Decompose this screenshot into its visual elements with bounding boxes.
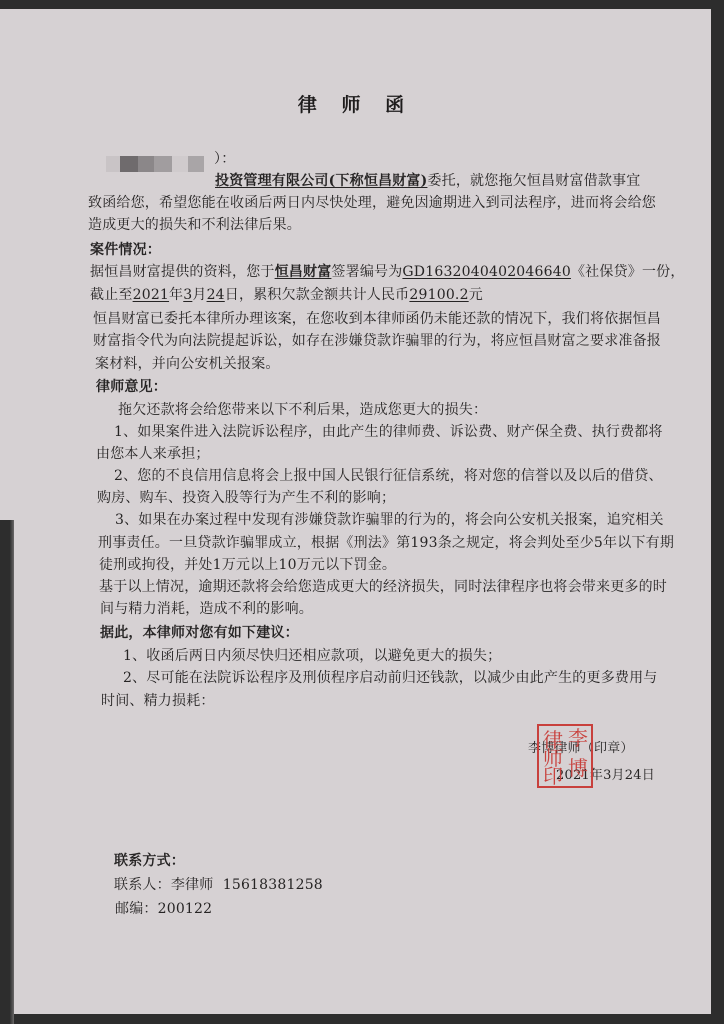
postcode-label: 邮编： (115, 901, 158, 917)
deadline-year: 2021 (133, 287, 169, 303)
opinion-summary-b: 间与精力消耗，造成不利的影响。 (100, 600, 313, 618)
opinion-point-1a: 1、如果案件进入法院诉讼程序，由此产生的律师费、诉讼费、财产保全费、执行费都将 (114, 423, 663, 441)
opinion-point-3b: 刑事责任。一旦贷款诈骗罪成立，根据《刑法》第193条之规定，将会判处至少5年以下… (98, 534, 674, 552)
seal-char: 博 (568, 758, 588, 778)
greeting-suffix: ）： (214, 150, 235, 168)
seal-char: 印 (543, 766, 563, 786)
case-line-1: 据恒昌财富提供的资料，您于恒昌财富签署编号为GD1632040402046640… (90, 263, 685, 281)
advice-item-1: 1、收函后两日内须尽快归还相应款项，以避免更大的损失； (123, 647, 501, 665)
intro-line-2: 致函给您，希望您能在收函后两日内尽快处理，避免因逾期进入到司法程序，进而将会给您 (88, 194, 656, 212)
opinion-intro: 拖欠还款将会给您带来以下不利后果，造成您更大的损失： (118, 401, 487, 419)
lawyer-seal-stamp: 李 博 律 师 印 (537, 724, 593, 788)
redacted-recipient-name (106, 156, 204, 172)
deadline-day: 24 (207, 287, 225, 303)
seal-char: 李 (568, 728, 588, 748)
deadline-month: 3 (183, 287, 192, 303)
contact-person: 联系人：李律师 15618381258 (114, 876, 323, 894)
opinion-heading: 律师意见： (96, 378, 167, 396)
advice-item-2a: 2、尽可能在法院诉讼程序及刑侦程序启动前归还钱款，以减少由此产生的更多费用与 (123, 669, 658, 687)
case-heading: 案件情况： (90, 241, 161, 259)
intro-line-3: 造成更大的损失和不利法律后果。 (88, 216, 301, 234)
opinion-point-3c: 徒刑或拘役，并处1万元以上10万元以下罚金。 (99, 556, 396, 574)
opinion-point-3a: 3、如果在办案过程中发现有涉嫌贷款诈骗罪的行为的，将会向公安机关报案，追究相关 (115, 511, 664, 529)
intro-line-1: 投资管理有限公司(下称恒昌财富)委托，就您拖欠恒昌财富借款事宜 (215, 172, 640, 190)
case-text: 日，累积欠款金额共计人民币 (225, 287, 410, 303)
intro-line-1-text: 委托，就您拖欠恒昌财富借款事宜 (427, 173, 640, 189)
page-edge-shadow (0, 520, 14, 1024)
opinion-summary-a: 基于以上情况，逾期还款将会给您造成更大的经济损失，同时法律程序也将会带来更多的时 (99, 578, 667, 596)
postcode-value: 200122 (158, 901, 213, 917)
page-title: 律 师 函 (0, 90, 711, 117)
contract-number: GD1632040402046640 (402, 264, 571, 280)
opinion-point-2b: 购房、购车、投资入股等行为产生不利的影响； (97, 489, 395, 507)
contact-postcode: 邮编：200122 (115, 900, 212, 918)
client-company: 投资管理有限公司(下称恒昌财富) (215, 173, 427, 189)
case-line-2: 截止至2021年3月24日，累积欠款金额共计人民币29100.2元 (90, 286, 483, 304)
contact-person-label: 联系人： (114, 877, 171, 893)
creditor-name: 恒昌财富 (275, 264, 332, 280)
case-text: 年 (169, 287, 183, 303)
case-text: 《社保贷》一份， (571, 264, 685, 280)
advice-heading: 据此，本律师对您有如下建议： (100, 624, 299, 642)
case-line-4: 财富指令代为向法院提起诉讼，如存在涉嫌贷款诈骗罪的行为，将应恒昌财富之要求准备报 (93, 332, 661, 350)
case-text: 据恒昌财富提供的资料，您于 (90, 264, 275, 280)
advice-item-2b: 时间、精力损耗： (101, 692, 215, 710)
case-text: 月 (192, 287, 206, 303)
opinion-point-1b: 由您本人来承担； (96, 445, 210, 463)
case-line-5: 案材料，并向公安机关报案。 (95, 355, 280, 373)
case-line-3: 恒昌财富已委托本律所办理该案，在您收到本律师函仍未能还款的情况下，我们将依据恒昌 (93, 310, 661, 328)
case-text: 截止至 (90, 287, 133, 303)
contact-phone: 15618381258 (223, 877, 323, 893)
case-text: 签署编号为 (331, 264, 402, 280)
opinion-point-2a: 2、您的不良信用信息将会上报中国人民银行征信系统，将对您的信誉以及以后的借贷、 (114, 467, 663, 485)
debt-amount: 29100.2 (409, 287, 468, 303)
contact-heading: 联系方式： (114, 852, 185, 870)
contact-person-name: 李律师 (171, 877, 214, 893)
case-text: 元 (469, 287, 483, 303)
